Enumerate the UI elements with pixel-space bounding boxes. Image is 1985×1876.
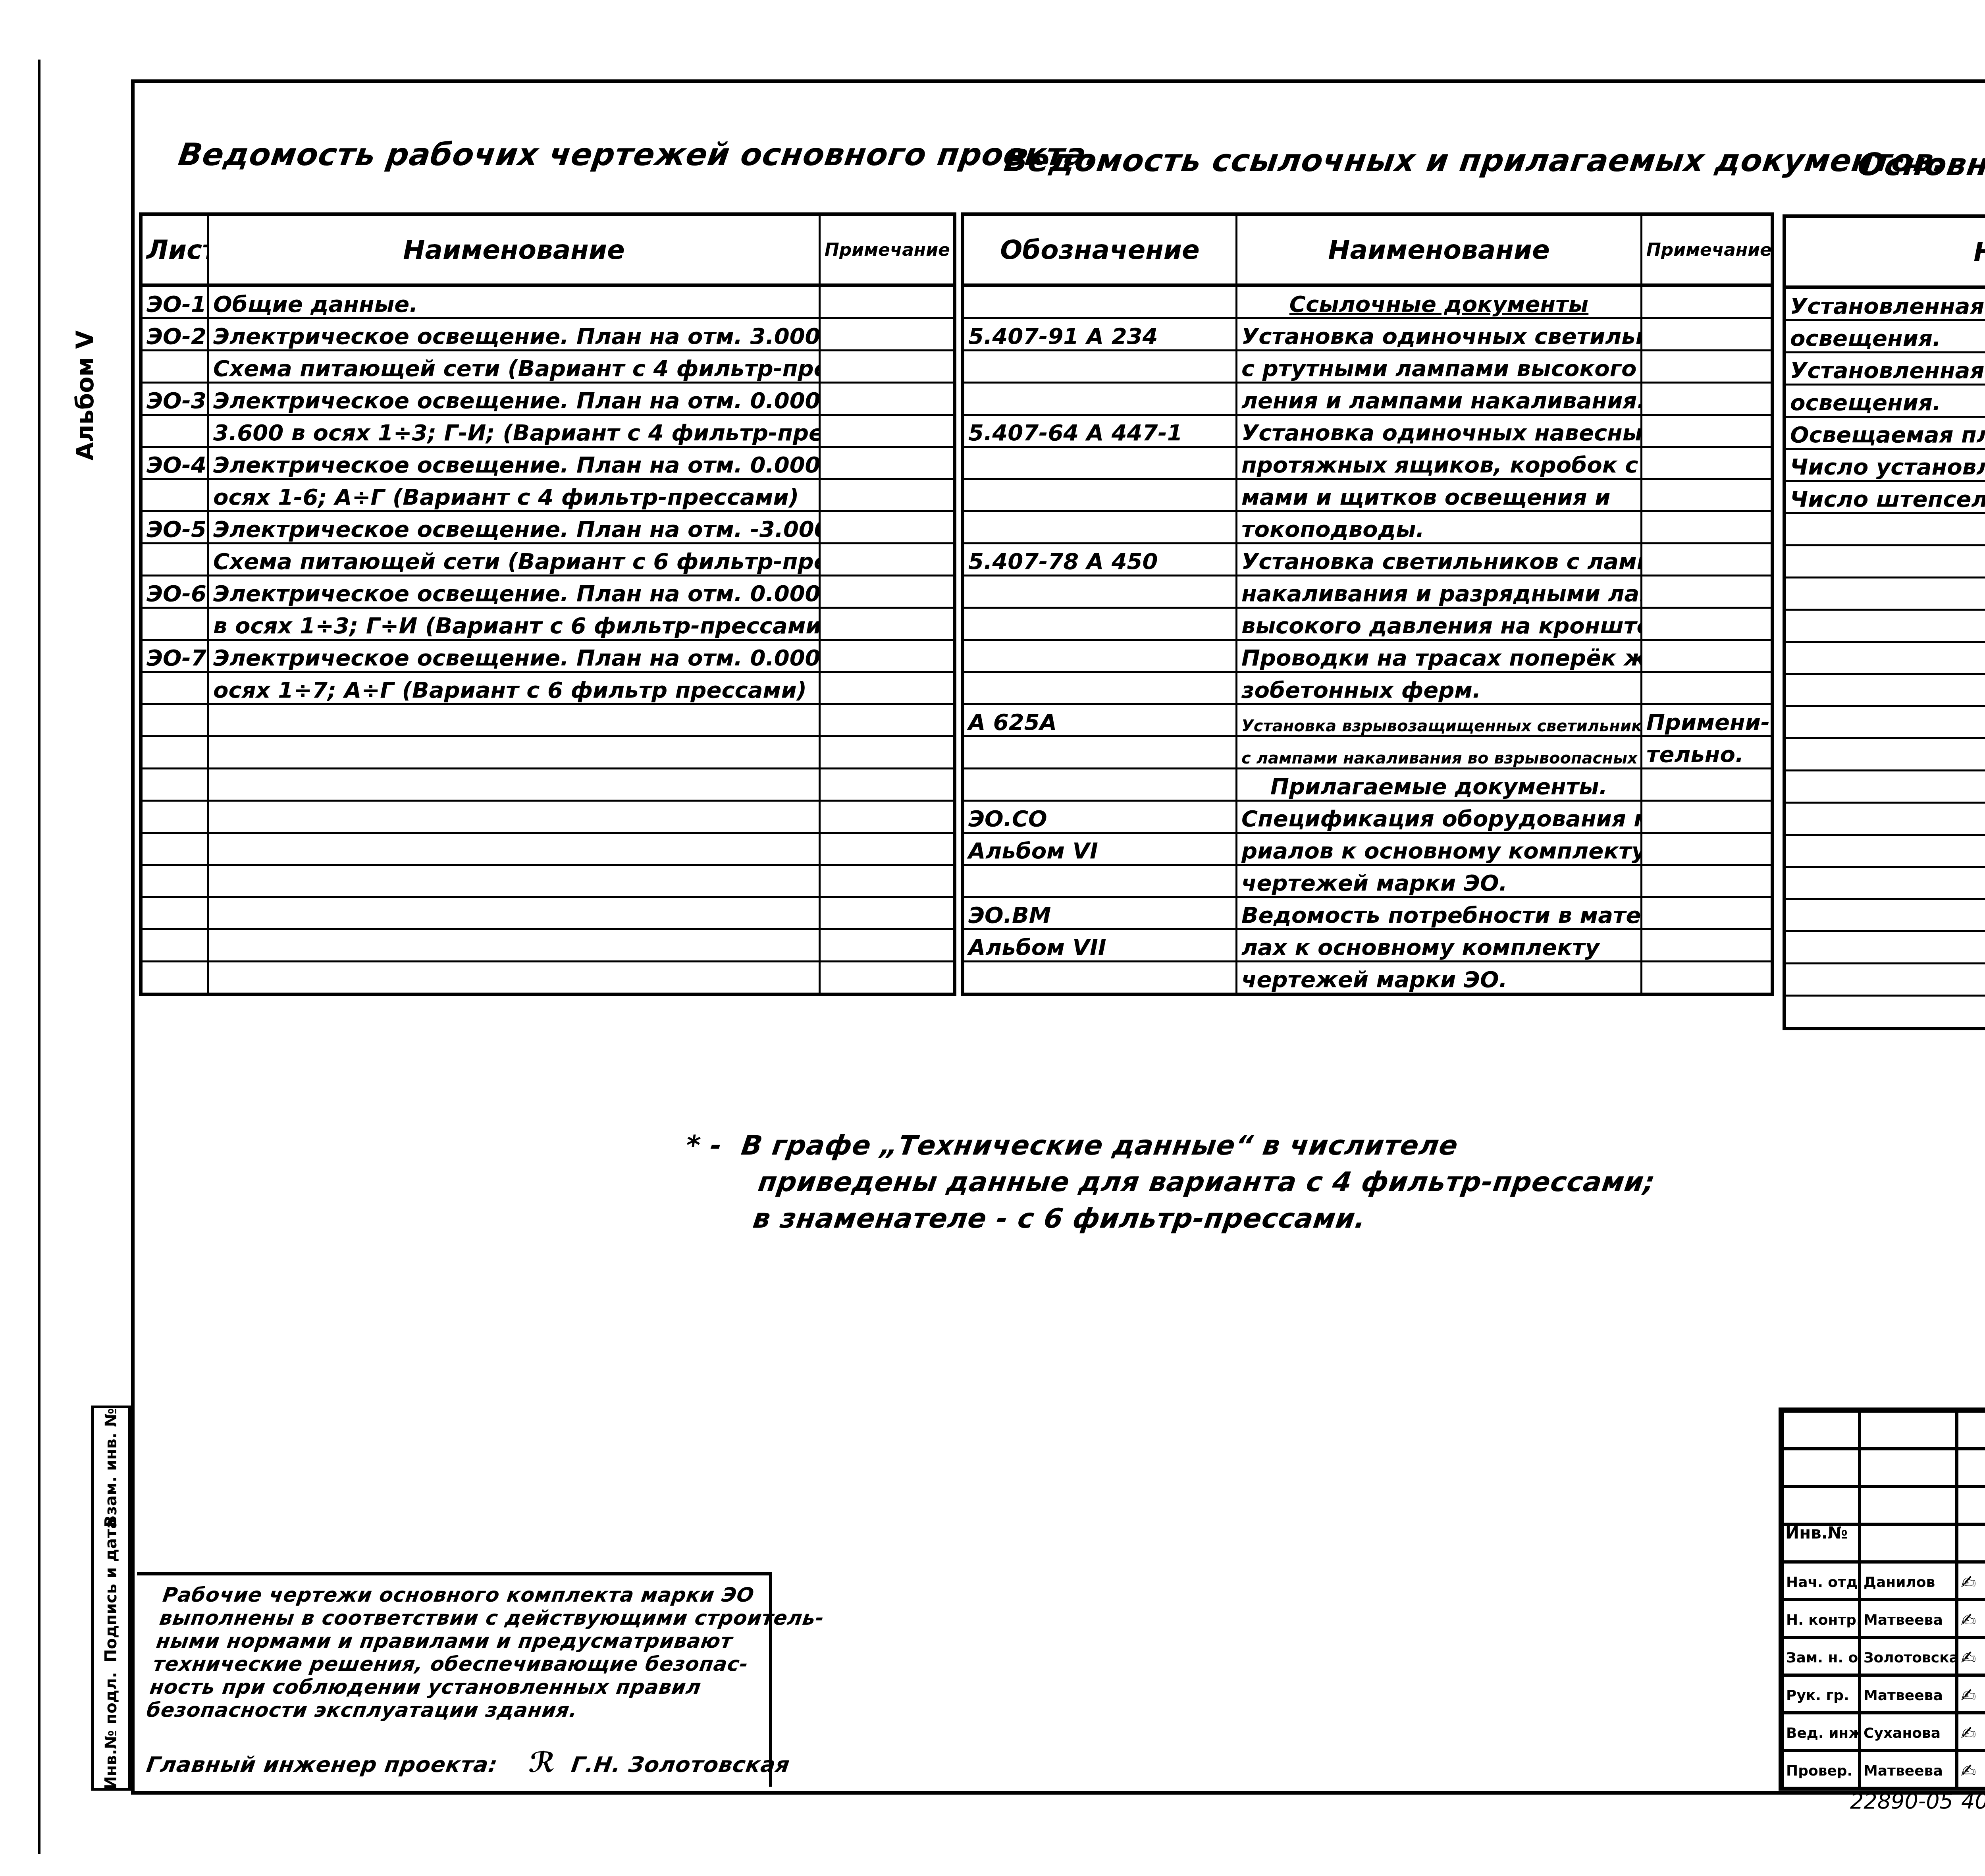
document-note (1642, 285, 1773, 318)
document-note: Примени- (1642, 704, 1773, 737)
document-note (1642, 351, 1773, 383)
signatory-name: Суханова (1860, 1713, 1957, 1751)
document-note (1642, 801, 1773, 833)
table-row: с лампами накаливания во взрывоопасных з… (963, 737, 1773, 769)
document-code: А 625А (963, 704, 1237, 737)
sheet-note (820, 962, 955, 995)
sheet-number (141, 769, 208, 801)
document-code (963, 383, 1237, 415)
document-note (1642, 929, 1773, 962)
table-row: Схема питающей сети (Вариант с 4 фильтр-… (141, 351, 955, 383)
sheet-number: ЭО-5 (141, 511, 208, 544)
table-row: Альбом VIриалов к основному комплекту (963, 833, 1773, 865)
sheet-number: ЭО-3 (141, 383, 208, 415)
document-name: высокого давления на кронштейнах. (1237, 608, 1642, 640)
table-row: чертежей марки ЭО. (963, 962, 1773, 995)
document-name: Установка одиночных светильников (1237, 318, 1642, 351)
signatory-role: Зам. н. отд. (1782, 1637, 1860, 1675)
document-code (963, 479, 1237, 511)
sheet-number (141, 737, 208, 769)
indicator-name (1785, 610, 1985, 642)
sheet-note (820, 511, 955, 544)
table-row (1785, 931, 1985, 964)
sheet-number: ЭО-7 (141, 640, 208, 672)
table-row (1785, 674, 1985, 706)
sheet-name: Общие данные. (208, 285, 820, 318)
document-code (963, 865, 1237, 897)
sheet-note (820, 704, 955, 737)
document-name: Спецификация оборудования мате- (1237, 801, 1642, 833)
document-note (1642, 576, 1773, 608)
document-code (963, 576, 1237, 608)
col-header-note: Примечание (820, 214, 955, 285)
side-label-signature-date: Подпись и дата (102, 1518, 120, 1662)
references-table: Обозначение Наименование Примечание Ссыл… (961, 212, 1774, 996)
indicator-name: освещения. (1785, 320, 1985, 353)
indicators-table: Наименование Ед. изм. Технические данные… (1783, 214, 1985, 1030)
table-row: ЭО-2Электрическое освещение. План на отм… (141, 318, 955, 351)
sheet-note (820, 318, 955, 351)
sheet-name: в осях 1÷3; Г÷И (Вариант с 6 фильтр-прес… (208, 608, 820, 640)
section-heading: Прилагаемые документы. (1237, 769, 1642, 801)
document-code: ЭО.ВМ (963, 897, 1237, 929)
table-row: освещения.кВт.4.94.9 (1785, 385, 1985, 417)
sheet-name: Электрическое освещение. План на отм. 0.… (208, 640, 820, 672)
table-row (141, 704, 955, 737)
table-row: накаливания и разрядными лампами (963, 576, 1773, 608)
sheet-name: Электрическое освещение. План на отм. 3.… (208, 318, 820, 351)
sheet-name (208, 769, 820, 801)
title-block: Нач. отд.Данилов✍Н. контр.Матвеева✍Зам. … (1779, 1407, 1985, 1791)
table-row (1785, 867, 1985, 899)
sheet-note (820, 897, 955, 929)
side-label-inv-orig: Инв.№ подл. (102, 1672, 120, 1789)
page-number: 40 (1961, 1789, 1985, 1814)
footnote-line-2: приведены данные для варианта с 4 фильтр… (756, 1166, 1657, 1198)
document-name: токоподводы. (1237, 511, 1642, 544)
document-note (1642, 962, 1773, 995)
document-name: ления и лампами накаливания. (1237, 383, 1642, 415)
sheet-name: Электрическое освещение. План на отм. 0.… (208, 447, 820, 479)
document-code: ЭО.СО (963, 801, 1237, 833)
table-row: Освещаемая площадь.м²10801200 (1785, 417, 1985, 449)
document-code (963, 608, 1237, 640)
sheet-note (820, 544, 955, 576)
compliance-line: безопасности эксплуатации здания. (145, 1699, 813, 1722)
document-note (1642, 769, 1773, 801)
album-label: Альбом V (71, 330, 99, 461)
signature-scribble-icon: ℛ (527, 1746, 558, 1779)
document-code (963, 511, 1237, 544)
compliance-stamp: Рабочие чертежи основного комплекта марк… (137, 1572, 772, 1787)
signature-role: Главный инженер проекта: (145, 1752, 499, 1777)
compliance-line: технические решения, обеспечивающие безо… (152, 1652, 819, 1675)
table-row (1785, 996, 1985, 1029)
sheet-number (141, 415, 208, 447)
table-row: ЭО-6Электрическое освещение. План на отм… (141, 576, 955, 608)
signature-icon: ✍ (1957, 1562, 1985, 1600)
grid-cell (1782, 1411, 1860, 1449)
document-note (1642, 608, 1773, 640)
table-row: в осях 1÷3; Г÷И (Вариант с 6 фильтр-прес… (141, 608, 955, 640)
footnote-line-3: в знаменателе - с 6 фильтр-прессами. (751, 1203, 1368, 1234)
document-code (963, 351, 1237, 383)
document-code (963, 737, 1237, 769)
table-row: ЭО-7Электрическое освещение. План на отм… (141, 640, 955, 672)
table-row: 5.407-91 А 234Установка одиночных светил… (963, 318, 1773, 351)
sheet-number (141, 351, 208, 383)
document-name: мами и щитков освещения и (1237, 479, 1642, 511)
sheet-number (141, 608, 208, 640)
indicator-name: Установленная мощность рабочего электро- (1785, 287, 1985, 320)
drawings-table: Лист Наименование Примечание ЭО-1Общие д… (139, 212, 956, 996)
table-row: ЭО-4Электрическое освещение. План на отм… (141, 447, 955, 479)
document-code: 5.407-91 А 234 (963, 318, 1237, 351)
sheet-name: осях 1-6; А÷Г (Вариант с 4 фильтр-пресса… (208, 479, 820, 511)
binding-margin-line (38, 60, 40, 1854)
indicator-name (1785, 738, 1985, 771)
compliance-line: выполнены в соответствии с действующими … (158, 1606, 826, 1629)
signature-icon: ✍ (1957, 1675, 1985, 1713)
indicator-name (1785, 835, 1985, 867)
sheet-name (208, 897, 820, 929)
sheet-note (820, 801, 955, 833)
table-row (141, 929, 955, 962)
table-row (1785, 642, 1985, 674)
indicator-name: Установленная мощность аварийного электр… (1785, 353, 1985, 385)
signatory-name: Матвеева (1860, 1675, 1957, 1713)
signatory-name: Данилов (1860, 1562, 1957, 1600)
sheet-note (820, 285, 955, 318)
table-row: 5.407-78 А 450Установка светильников с л… (963, 544, 1773, 576)
table-row: Прилагаемые документы. (963, 769, 1773, 801)
document-code (963, 769, 1237, 801)
table-row (141, 865, 955, 897)
indicator-name: освещения. (1785, 385, 1985, 417)
indicator-name: Число штепсельных розеток. (1785, 481, 1985, 513)
document-note (1642, 511, 1773, 544)
col-header-name: Наименование (1785, 216, 1985, 287)
document-name: чертежей марки ЭО. (1237, 865, 1642, 897)
sheet-note (820, 672, 955, 704)
signatory-role: Нач. отд. (1782, 1562, 1860, 1600)
sheet-number (141, 897, 208, 929)
document-code: Альбом VII (963, 929, 1237, 962)
indicator-name (1785, 996, 1985, 1029)
document-note (1642, 318, 1773, 351)
col-header-name: Наименование (208, 214, 820, 285)
table-row: токоподводы. (963, 511, 1773, 544)
inv-number-label: Инв.№ (1785, 1523, 1848, 1542)
document-name: с лампами накаливания во взрывоопасных з… (1237, 737, 1642, 769)
document-name: лах к основному комплекту (1237, 929, 1642, 962)
table-row: ЭО.ВМВедомость потребности в материа- (963, 897, 1773, 929)
indicator-name (1785, 803, 1985, 835)
signature-icon: ✍ (1957, 1751, 1985, 1788)
col-header-code: Обозначение (963, 214, 1237, 285)
sheet-number: ЭО-4 (141, 447, 208, 479)
sheet-number (141, 544, 208, 576)
sheet-number (141, 672, 208, 704)
sheet-name (208, 833, 820, 865)
table-row: 3.600 в осях 1÷3; Г-И; (Вариант с 4 филь… (141, 415, 955, 447)
table-row (1785, 899, 1985, 931)
table-row (141, 769, 955, 801)
indicator-name (1785, 578, 1985, 610)
table-row: осях 1÷7; А÷Г (Вариант с 6 фильтр пресса… (141, 672, 955, 704)
document-note (1642, 833, 1773, 865)
signature-icon: ✍ (1957, 1600, 1985, 1637)
grid-cell (1860, 1487, 1957, 1524)
sheet-note (820, 576, 955, 608)
table-row: мами и щитков освещения и (963, 479, 1773, 511)
sheet-number (141, 801, 208, 833)
document-code (963, 672, 1237, 704)
table-row (141, 962, 955, 995)
sheet-note (820, 447, 955, 479)
signatory-name: Золотовская (1860, 1637, 1957, 1675)
sheet-number (141, 929, 208, 962)
table-row (1785, 706, 1985, 738)
document-note: тельно. (1642, 737, 1773, 769)
table-row: Число установленных светильников.шт.1161… (1785, 449, 1985, 481)
document-name: с ртутными лампами высокого дав- (1237, 351, 1642, 383)
table-row (1785, 610, 1985, 642)
chief-engineer-signature: Главный инженер проекта: ℛ Г.Н. Золотовс… (145, 1746, 792, 1779)
signatory-role: Провер. (1782, 1751, 1860, 1788)
compliance-line: Рабочие чертежи основного комплекта марк… (161, 1583, 829, 1606)
references-title: Ведомость ссылочных и прилагаемых докуме… (1002, 143, 1948, 179)
document-code (963, 640, 1237, 672)
table-row: Альбом VIIлах к основному комплекту (963, 929, 1773, 962)
sheet-name (208, 801, 820, 833)
indicator-name (1785, 964, 1985, 996)
table-row: освещения.кВт.14.215 (1785, 320, 1985, 353)
signatory-role: Рук. гр. (1782, 1675, 1860, 1713)
table-row: зобетонных ферм. (963, 672, 1773, 704)
document-note (1642, 672, 1773, 704)
table-row (1785, 803, 1985, 835)
document-note (1642, 479, 1773, 511)
document-code: Альбом VI (963, 833, 1237, 865)
sheet-name: Электрическое освещение. План на отм. 0.… (208, 576, 820, 608)
table-row (1785, 513, 1985, 546)
document-name: Проводки на трасах поперёк желе- (1237, 640, 1642, 672)
table-row (1785, 835, 1985, 867)
footnote: * - В графе „Технические данные“ в числи… (673, 1128, 1663, 1237)
sheet-number (141, 962, 208, 995)
document-name: Установка одиночных навесных и (1237, 415, 1642, 447)
signature-icon: ✍ (1957, 1637, 1985, 1675)
document-name: протяжных ящиков, коробок с зажи- (1237, 447, 1642, 479)
document-code: 5.407-78 А 450 (963, 544, 1237, 576)
table-row: ЭО-1Общие данные. (141, 285, 955, 318)
sheet-name: осях 1÷7; А÷Г (Вариант с 6 фильтр пресса… (208, 672, 820, 704)
sheet-name (208, 704, 820, 737)
document-name: чертежей марки ЭО. (1237, 962, 1642, 995)
grid-cell (1957, 1487, 1985, 1524)
document-name: Установка светильников с лампами (1237, 544, 1642, 576)
sheet-name (208, 737, 820, 769)
indicator-name: Освещаемая площадь. (1785, 417, 1985, 449)
document-name: риалов к основному комплекту (1237, 833, 1642, 865)
table-row: Проводки на трасах поперёк желе- (963, 640, 1773, 672)
table-row: А 625АУстановка взрывозащищенных светиль… (963, 704, 1773, 737)
sheet-name: Электрическое освещение. План на отм. 0.… (208, 383, 820, 415)
document-name: Установка взрывозащищенных светильников (1237, 704, 1642, 737)
sheet-number (141, 833, 208, 865)
signature-icon: ✍ (1957, 1713, 1985, 1751)
table-row: протяжных ящиков, коробок с зажи- (963, 447, 1773, 479)
sheet-note (820, 769, 955, 801)
indicator-name (1785, 546, 1985, 578)
sheet-note (820, 640, 955, 672)
document-note (1642, 383, 1773, 415)
col-header-sheet: Лист (141, 214, 208, 285)
table-row: осях 1-6; А÷Г (Вариант с 4 фильтр-пресса… (141, 479, 955, 511)
sheet-name (208, 865, 820, 897)
document-name: зобетонных ферм. (1237, 672, 1642, 704)
table-row: Схема питающей сети (Вариант с 6 фильтр-… (141, 544, 955, 576)
sheet-number: ЭО-2 (141, 318, 208, 351)
document-note (1642, 447, 1773, 479)
sheet-name (208, 929, 820, 962)
sheet-note (820, 737, 955, 769)
indicator-name: Число установленных светильников. (1785, 449, 1985, 481)
document-note (1642, 865, 1773, 897)
indicator-name (1785, 931, 1985, 964)
signatory-name: Матвеева (1860, 1600, 1957, 1637)
table-row (1785, 738, 1985, 771)
sheet-note (820, 351, 955, 383)
indicator-name (1785, 513, 1985, 546)
sheet-number (141, 479, 208, 511)
sheet-note (820, 415, 955, 447)
document-code (963, 447, 1237, 479)
sheet-note (820, 383, 955, 415)
table-row (1785, 578, 1985, 610)
table-row: ЭО.СОСпецификация оборудования мате- (963, 801, 1773, 833)
sheet-number: ЭО-1 (141, 285, 208, 318)
indicator-name (1785, 642, 1985, 674)
table-row: ЭО-3Электрическое освещение. План на отм… (141, 383, 955, 415)
sheet-note (820, 865, 955, 897)
table-row: с ртутными лампами высокого дав- (963, 351, 1773, 383)
sheet-name: Электрическое освещение. План на отм. -3… (208, 511, 820, 544)
table-row: 5.407-64 А 447-1Установка одиночных наве… (963, 415, 1773, 447)
signatory-role: Вед. инж. (1782, 1713, 1860, 1751)
document-note (1642, 544, 1773, 576)
sheet-name (208, 962, 820, 995)
document-note (1642, 897, 1773, 929)
table-row: ления и лампами накаливания. (963, 383, 1773, 415)
table-row (1785, 771, 1985, 803)
grid-cell (1782, 1487, 1860, 1524)
grid-cell (1957, 1411, 1985, 1449)
footnote-line-1: В графе „Технические данные“ в числителе (739, 1130, 1460, 1161)
sheet-name: Схема питающей сети (Вариант с 4 фильтр-… (208, 351, 820, 383)
document-name: накаливания и разрядными лампами (1237, 576, 1642, 608)
sheet-note (820, 833, 955, 865)
side-label-replaces-inv: Взам. инв. № (102, 1408, 120, 1527)
grid-cell (1860, 1449, 1957, 1487)
grid-cell (1782, 1449, 1860, 1487)
table-row: высокого давления на кронштейнах. (963, 608, 1773, 640)
indicator-name (1785, 706, 1985, 738)
section-heading: Ссылочные документы (1237, 285, 1642, 318)
footnote-marker: * - (684, 1130, 724, 1161)
col-header-note: Примечание (1642, 214, 1773, 285)
compliance-line: ными нормами и правилами и предусматрива… (155, 1629, 823, 1652)
grid-cell (1860, 1411, 1957, 1449)
document-name: Ведомость потребности в материа- (1237, 897, 1642, 929)
table-row (141, 801, 955, 833)
document-code (963, 962, 1237, 995)
sheet-number: ЭО-6 (141, 576, 208, 608)
document-code (963, 285, 1237, 318)
table-row: Ссылочные документы (963, 285, 1773, 318)
signatory-role: Н. контр. (1782, 1600, 1860, 1637)
sheet-note (820, 608, 955, 640)
side-strip: Инв.№ подл. Подпись и дата Взам. инв. № (91, 1406, 131, 1791)
sheet-name: Схема питающей сети (Вариант с 6 фильтр-… (208, 544, 820, 576)
order-number: 22890-05 (1850, 1789, 1953, 1814)
compliance-line: ность при соблюдении установленных прави… (148, 1675, 816, 1699)
indicator-name (1785, 674, 1985, 706)
indicator-name (1785, 771, 1985, 803)
sheet-number (141, 704, 208, 737)
table-row: чертежей марки ЭО. (963, 865, 1773, 897)
sheet-note (820, 929, 955, 962)
drawings-title: Ведомость рабочих чертежей основного про… (176, 137, 1101, 173)
table-row (141, 833, 955, 865)
signature-name: Г.Н. Золотовская (570, 1752, 792, 1777)
table-row: Установленная мощность аварийного электр… (1785, 353, 1985, 385)
sheet-note (820, 479, 955, 511)
grid-cell (1957, 1449, 1985, 1487)
col-header-name: Наименование (1237, 214, 1642, 285)
table-row (141, 897, 955, 929)
indicators-title: Основные технические показатели (1856, 147, 1985, 183)
sheet-number (141, 865, 208, 897)
table-row: Число штепсельных розеток.шт.1820 (1785, 481, 1985, 513)
document-note (1642, 640, 1773, 672)
sheet-name: 3.600 в осях 1÷3; Г-И; (Вариант с 4 филь… (208, 415, 820, 447)
table-row: Установленная мощность рабочего электро- (1785, 287, 1985, 320)
table-row (141, 737, 955, 769)
compliance-text: Рабочие чертежи основного комплекта марк… (145, 1583, 829, 1722)
table-row (1785, 964, 1985, 996)
table-row: ЭО-5Электрическое освещение. План на отм… (141, 511, 955, 544)
indicator-name (1785, 867, 1985, 899)
grid-cell (1957, 1524, 1985, 1562)
table-row (1785, 546, 1985, 578)
document-note (1642, 415, 1773, 447)
grid-cell (1860, 1524, 1957, 1562)
signatory-name: Матвеева (1860, 1751, 1957, 1788)
document-code: 5.407-64 А 447-1 (963, 415, 1237, 447)
indicator-name (1785, 899, 1985, 931)
